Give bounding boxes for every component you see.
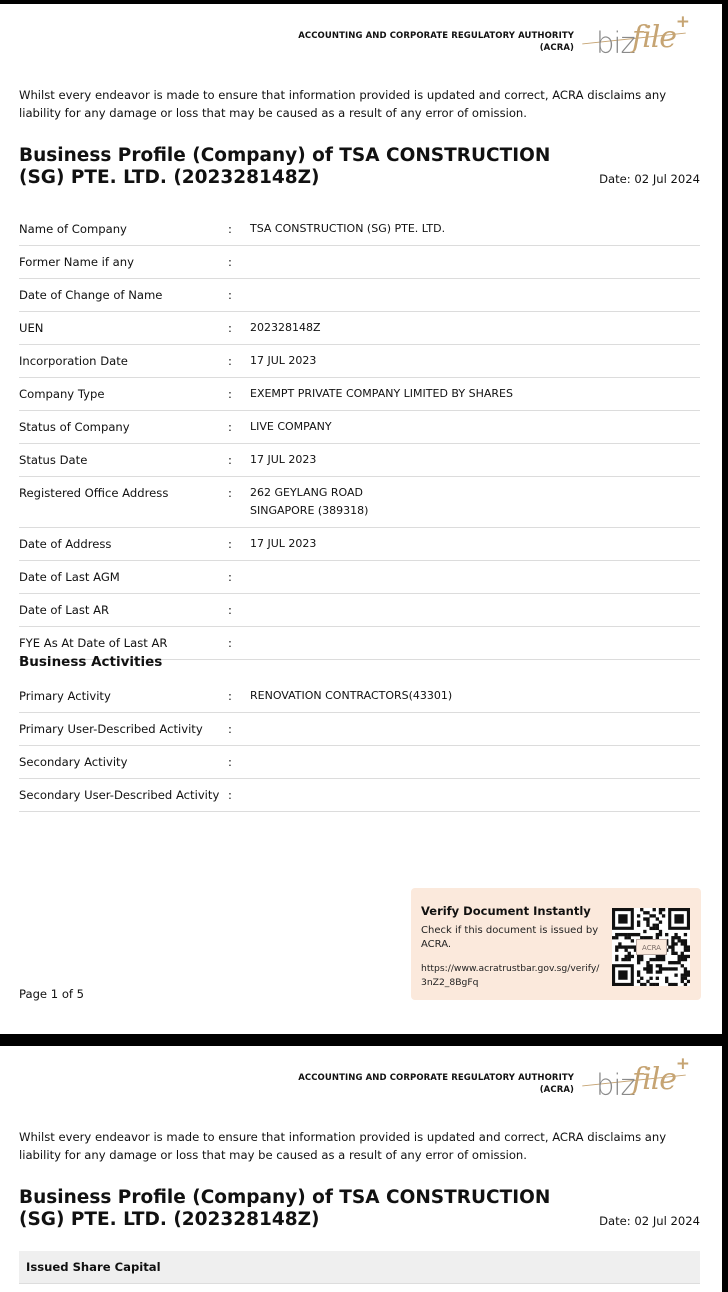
row-separator: : bbox=[228, 352, 250, 370]
table-row: Name of Company:TSA CONSTRUCTION (SG) PT… bbox=[19, 213, 700, 246]
qr-acra-label: ACRA bbox=[636, 939, 667, 955]
row-separator: : bbox=[228, 535, 250, 553]
page-title: Business Profile (Company) of TSA CONSTR… bbox=[19, 145, 579, 189]
table-row: Registered Office Address:262 GEYLANG RO… bbox=[19, 477, 700, 528]
issued-share-capital-title: Issued Share Capital bbox=[26, 1260, 161, 1274]
table-row: Secondary Activity: bbox=[19, 746, 700, 779]
row-separator: : bbox=[228, 319, 250, 337]
row-separator: : bbox=[228, 286, 250, 304]
row-label: Name of Company bbox=[19, 220, 228, 238]
table-row: Date of Last AGM: bbox=[19, 561, 700, 594]
table-row: Primary Activity:RENOVATION CONTRACTORS(… bbox=[19, 680, 700, 713]
row-value: 202328148Z bbox=[250, 319, 700, 337]
document-date: Date: 02 Jul 2024 bbox=[599, 172, 700, 186]
row-label: Primary Activity bbox=[19, 687, 228, 705]
row-value bbox=[250, 753, 700, 771]
business-activities-table: Primary Activity:RENOVATION CONTRACTORS(… bbox=[19, 680, 700, 812]
row-value: EXEMPT PRIVATE COMPANY LIMITED BY SHARES bbox=[250, 385, 700, 403]
row-label: Date of Last AGM bbox=[19, 568, 228, 586]
table-row: Status Date:17 JUL 2023 bbox=[19, 444, 700, 477]
row-separator: : bbox=[228, 753, 250, 771]
table-row: Date of Change of Name: bbox=[19, 279, 700, 312]
row-separator: : bbox=[228, 253, 250, 271]
row-value: 17 JUL 2023 bbox=[250, 352, 700, 370]
verify-title: Verify Document Instantly bbox=[421, 904, 591, 918]
table-row: UEN:202328148Z bbox=[19, 312, 700, 345]
row-label: Status of Company bbox=[19, 418, 228, 436]
row-label: Secondary Activity bbox=[19, 753, 228, 771]
authority-line-1: ACCOUNTING AND CORPORATE REGULATORY AUTH… bbox=[298, 30, 574, 42]
page-number: Page 1 of 5 bbox=[19, 987, 84, 1001]
table-row: Status of Company:LIVE COMPANY bbox=[19, 411, 700, 444]
row-value: 17 JUL 2023 bbox=[250, 451, 700, 469]
verify-url-link[interactable]: https://www.acratrustbar.gov.sg/verify/3… bbox=[421, 962, 601, 990]
authority-name: ACCOUNTING AND CORPORATE REGULATORY AUTH… bbox=[298, 1072, 574, 1096]
authority-line-2: (ACRA) bbox=[298, 42, 574, 54]
issued-share-capital-header: Issued Share Capital bbox=[19, 1251, 700, 1284]
row-separator: : bbox=[228, 220, 250, 238]
logo-biz-text: biz bbox=[596, 26, 635, 60]
row-value bbox=[250, 720, 700, 738]
row-separator: : bbox=[228, 786, 250, 804]
logo-plus-icon: + bbox=[676, 1054, 690, 1074]
row-value bbox=[250, 253, 700, 271]
page-header: ACCOUNTING AND CORPORATE REGULATORY AUTH… bbox=[0, 1060, 722, 1110]
row-separator: : bbox=[228, 451, 250, 469]
row-label: UEN bbox=[19, 319, 228, 337]
company-profile-table: Name of Company:TSA CONSTRUCTION (SG) PT… bbox=[19, 213, 700, 660]
row-separator: : bbox=[228, 418, 250, 436]
row-value: RENOVATION CONTRACTORS(43301) bbox=[250, 687, 700, 705]
table-row: Primary User-Described Activity: bbox=[19, 713, 700, 746]
row-value: 17 JUL 2023 bbox=[250, 535, 700, 553]
row-value bbox=[250, 634, 700, 652]
logo-plus-icon: + bbox=[676, 12, 690, 32]
table-row: Company Type:EXEMPT PRIVATE COMPANY LIMI… bbox=[19, 378, 700, 411]
row-label: Secondary User-Described Activity bbox=[19, 786, 228, 804]
row-value: 262 GEYLANG ROAD SINGAPORE (389318) bbox=[250, 484, 700, 520]
document-date: Date: 02 Jul 2024 bbox=[599, 1214, 700, 1228]
row-label: Date of Change of Name bbox=[19, 286, 228, 304]
logo-file-text: file bbox=[632, 20, 676, 55]
disclaimer: Whilst every endeavor is made to ensure … bbox=[19, 1128, 699, 1164]
row-label: Primary User-Described Activity bbox=[19, 720, 228, 738]
row-value bbox=[250, 568, 700, 586]
row-label: Incorporation Date bbox=[19, 352, 228, 370]
bizfile-logo: biz file + bbox=[582, 1062, 694, 1104]
disclaimer: Whilst every endeavor is made to ensure … bbox=[19, 86, 699, 122]
page-title: Business Profile (Company) of TSA CONSTR… bbox=[19, 1187, 579, 1231]
table-row: Incorporation Date:17 JUL 2023 bbox=[19, 345, 700, 378]
row-separator: : bbox=[228, 568, 250, 586]
row-separator: : bbox=[228, 634, 250, 652]
row-separator: : bbox=[228, 601, 250, 619]
row-value: LIVE COMPANY bbox=[250, 418, 700, 436]
row-separator: : bbox=[228, 484, 250, 520]
row-value: TSA CONSTRUCTION (SG) PTE. LTD. bbox=[250, 220, 700, 238]
row-label: Status Date bbox=[19, 451, 228, 469]
authority-line-1: ACCOUNTING AND CORPORATE REGULATORY AUTH… bbox=[298, 1072, 574, 1084]
document-page-1: ACCOUNTING AND CORPORATE REGULATORY AUTH… bbox=[0, 4, 722, 1034]
row-value bbox=[250, 601, 700, 619]
logo-file-text: file bbox=[632, 1062, 676, 1097]
page-header: ACCOUNTING AND CORPORATE REGULATORY AUTH… bbox=[0, 18, 722, 68]
row-separator: : bbox=[228, 385, 250, 403]
row-value bbox=[250, 286, 700, 304]
row-label: FYE As At Date of Last AR bbox=[19, 634, 228, 652]
business-activities-title: Business Activities bbox=[19, 654, 162, 670]
table-row: Former Name if any: bbox=[19, 246, 700, 279]
table-row: Date of Last AR: bbox=[19, 594, 700, 627]
row-label: Former Name if any bbox=[19, 253, 228, 271]
document-page-2: ACCOUNTING AND CORPORATE REGULATORY AUTH… bbox=[0, 1046, 722, 1292]
row-label: Registered Office Address bbox=[19, 484, 228, 520]
row-value bbox=[250, 786, 700, 804]
row-label: Date of Address bbox=[19, 535, 228, 553]
verify-document-box: Verify Document Instantly Check if this … bbox=[411, 888, 701, 1000]
bizfile-logo: biz file + bbox=[582, 20, 694, 62]
row-separator: : bbox=[228, 687, 250, 705]
row-label: Date of Last AR bbox=[19, 601, 228, 619]
row-label: Company Type bbox=[19, 385, 228, 403]
verify-description: Check if this document is issued by ACRA… bbox=[421, 924, 601, 952]
row-separator: : bbox=[228, 720, 250, 738]
qr-code[interactable]: ACRA bbox=[612, 908, 690, 986]
authority-name: ACCOUNTING AND CORPORATE REGULATORY AUTH… bbox=[298, 30, 574, 54]
logo-biz-text: biz bbox=[596, 1068, 635, 1102]
table-row: Secondary User-Described Activity: bbox=[19, 779, 700, 812]
table-row: Date of Address:17 JUL 2023 bbox=[19, 528, 700, 561]
authority-line-2: (ACRA) bbox=[298, 1084, 574, 1096]
